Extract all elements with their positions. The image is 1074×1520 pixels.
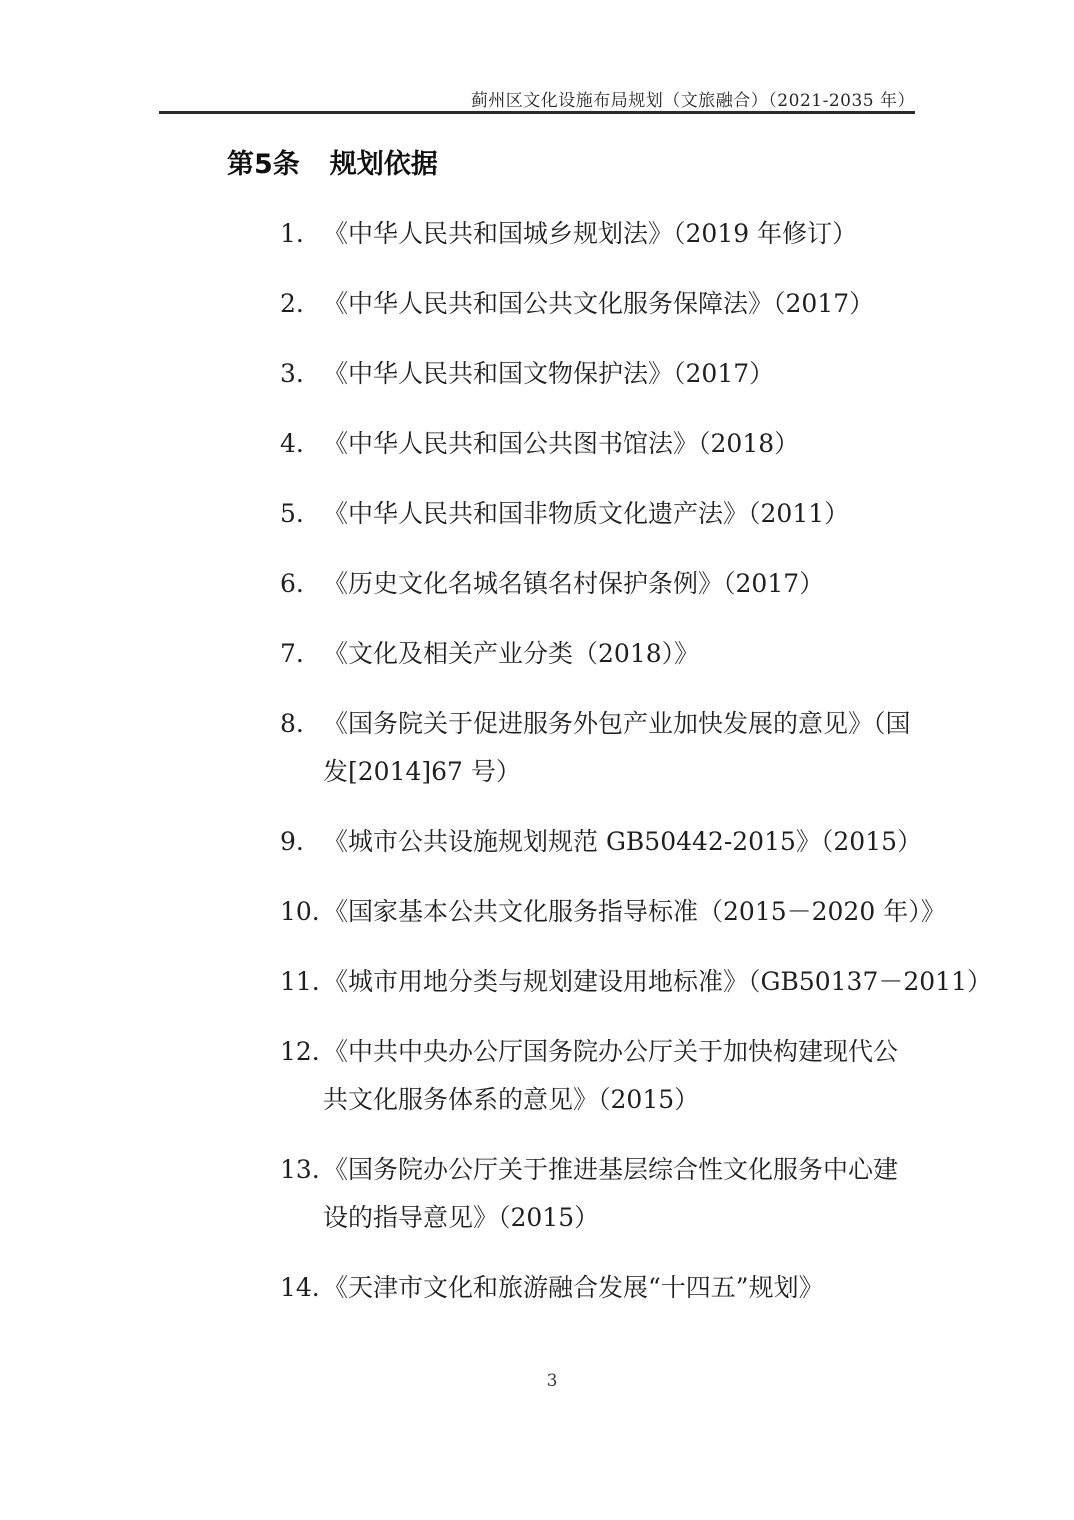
page-number: 3 — [0, 1371, 1074, 1391]
list-item-number: 12. — [280, 1028, 323, 1076]
list-item-line: 《中华人民共和国公共文化服务保障法》（2017） — [323, 280, 970, 328]
section-title: 规划依据 — [330, 149, 438, 180]
list-item-line: 发[2014]67 号） — [323, 748, 970, 796]
list-item-text: 《中共中央办公厅国务院办公厅关于加快构建现代公共文化服务体系的意见》（2015） — [323, 1028, 970, 1124]
list-item-text: 《国务院办公厅关于推进基层综合性文化服务中心建设的指导意见》（2015） — [323, 1146, 970, 1242]
list-item: 11.《城市用地分类与规划建设用地标准》（GB50137－2011） — [280, 958, 970, 1006]
list-item: 14.《天津市文化和旅游融合发展“十四五”规划》 — [280, 1264, 970, 1312]
header-rule — [159, 111, 915, 114]
reference-list: 1.《中华人民共和国城乡规划法》（2019 年修订）2.《中华人民共和国公共文化… — [280, 210, 970, 1334]
list-item-line: 《城市用地分类与规划建设用地标准》（GB50137－2011） — [323, 958, 970, 1006]
list-item-line: 《中华人民共和国城乡规划法》（2019 年修订） — [323, 210, 970, 258]
list-item: 7.《文化及相关产业分类（2018）》 — [280, 630, 970, 678]
list-item-number: 5. — [280, 490, 323, 538]
list-item: 8.《国务院关于促进服务外包产业加快发展的意见》（国发[2014]67 号） — [280, 700, 970, 796]
list-item-line: 《城市公共设施规划规范 GB50442-2015》（2015） — [323, 818, 970, 866]
list-item: 5.《中华人民共和国非物质文化遗产法》（2011） — [280, 490, 970, 538]
list-item-text: 《国家基本公共文化服务指导标准（2015－2020 年）》 — [323, 888, 970, 936]
running-header: 蓟州区文化设施布局规划（文旅融合）（2021-2035 年） — [471, 86, 915, 111]
list-item-line: 设的指导意见》（2015） — [323, 1194, 970, 1242]
list-item-line: 《历史文化名城名镇名村保护条例》（2017） — [323, 560, 970, 608]
list-item-text: 《中华人民共和国公共图书馆法》（2018） — [323, 420, 970, 468]
list-item-line: 《中华人民共和国非物质文化遗产法》（2011） — [323, 490, 970, 538]
list-item-line: 《国家基本公共文化服务指导标准（2015－2020 年）》 — [323, 888, 970, 936]
list-item-number: 9. — [280, 818, 323, 866]
list-item-number: 2. — [280, 280, 323, 328]
list-item-number: 6. — [280, 560, 323, 608]
list-item: 12.《中共中央办公厅国务院办公厅关于加快构建现代公共文化服务体系的意见》（20… — [280, 1028, 970, 1124]
list-item-text: 《天津市文化和旅游融合发展“十四五”规划》 — [323, 1264, 970, 1312]
list-item-line: 《中华人民共和国公共图书馆法》（2018） — [323, 420, 970, 468]
list-item-text: 《城市用地分类与规划建设用地标准》（GB50137－2011） — [323, 958, 970, 1006]
list-item-number: 13. — [280, 1146, 323, 1194]
list-item-number: 4. — [280, 420, 323, 468]
list-item-line: 《国务院关于促进服务外包产业加快发展的意见》（国 — [323, 700, 970, 748]
list-item-number: 11. — [280, 958, 323, 1006]
list-item-number: 8. — [280, 700, 323, 748]
list-item-text: 《历史文化名城名镇名村保护条例》（2017） — [323, 560, 970, 608]
section-heading: 第5条规划依据 — [227, 142, 438, 181]
list-item-text: 《中华人民共和国公共文化服务保障法》（2017） — [323, 280, 970, 328]
list-item-text: 《中华人民共和国文物保护法》（2017） — [323, 350, 970, 398]
list-item: 4.《中华人民共和国公共图书馆法》（2018） — [280, 420, 970, 468]
list-item-text: 《中华人民共和国非物质文化遗产法》（2011） — [323, 490, 970, 538]
list-item-line: 《中共中央办公厅国务院办公厅关于加快构建现代公 — [323, 1028, 970, 1076]
list-item-text: 《中华人民共和国城乡规划法》（2019 年修订） — [323, 210, 970, 258]
list-item-number: 7. — [280, 630, 323, 678]
list-item-line: 《国务院办公厅关于推进基层综合性文化服务中心建 — [323, 1146, 970, 1194]
list-item: 9.《城市公共设施规划规范 GB50442-2015》（2015） — [280, 818, 970, 866]
list-item-line: 《天津市文化和旅游融合发展“十四五”规划》 — [323, 1264, 970, 1312]
list-item: 1.《中华人民共和国城乡规划法》（2019 年修订） — [280, 210, 970, 258]
list-item-line: 共文化服务体系的意见》（2015） — [323, 1076, 970, 1124]
list-item-text: 《国务院关于促进服务外包产业加快发展的意见》（国发[2014]67 号） — [323, 700, 970, 796]
list-item: 2.《中华人民共和国公共文化服务保障法》（2017） — [280, 280, 970, 328]
list-item-number: 10. — [280, 888, 323, 936]
list-item: 10.《国家基本公共文化服务指导标准（2015－2020 年）》 — [280, 888, 970, 936]
list-item: 13.《国务院办公厅关于推进基层综合性文化服务中心建设的指导意见》（2015） — [280, 1146, 970, 1242]
list-item-number: 1. — [280, 210, 323, 258]
list-item-number: 14. — [280, 1264, 323, 1312]
list-item: 6.《历史文化名城名镇名村保护条例》（2017） — [280, 560, 970, 608]
section-number: 第5条 — [227, 149, 300, 180]
list-item-line: 《中华人民共和国文物保护法》（2017） — [323, 350, 970, 398]
list-item-text: 《文化及相关产业分类（2018）》 — [323, 630, 970, 678]
list-item-text: 《城市公共设施规划规范 GB50442-2015》（2015） — [323, 818, 970, 866]
list-item-line: 《文化及相关产业分类（2018）》 — [323, 630, 970, 678]
list-item: 3.《中华人民共和国文物保护法》（2017） — [280, 350, 970, 398]
list-item-number: 3. — [280, 350, 323, 398]
